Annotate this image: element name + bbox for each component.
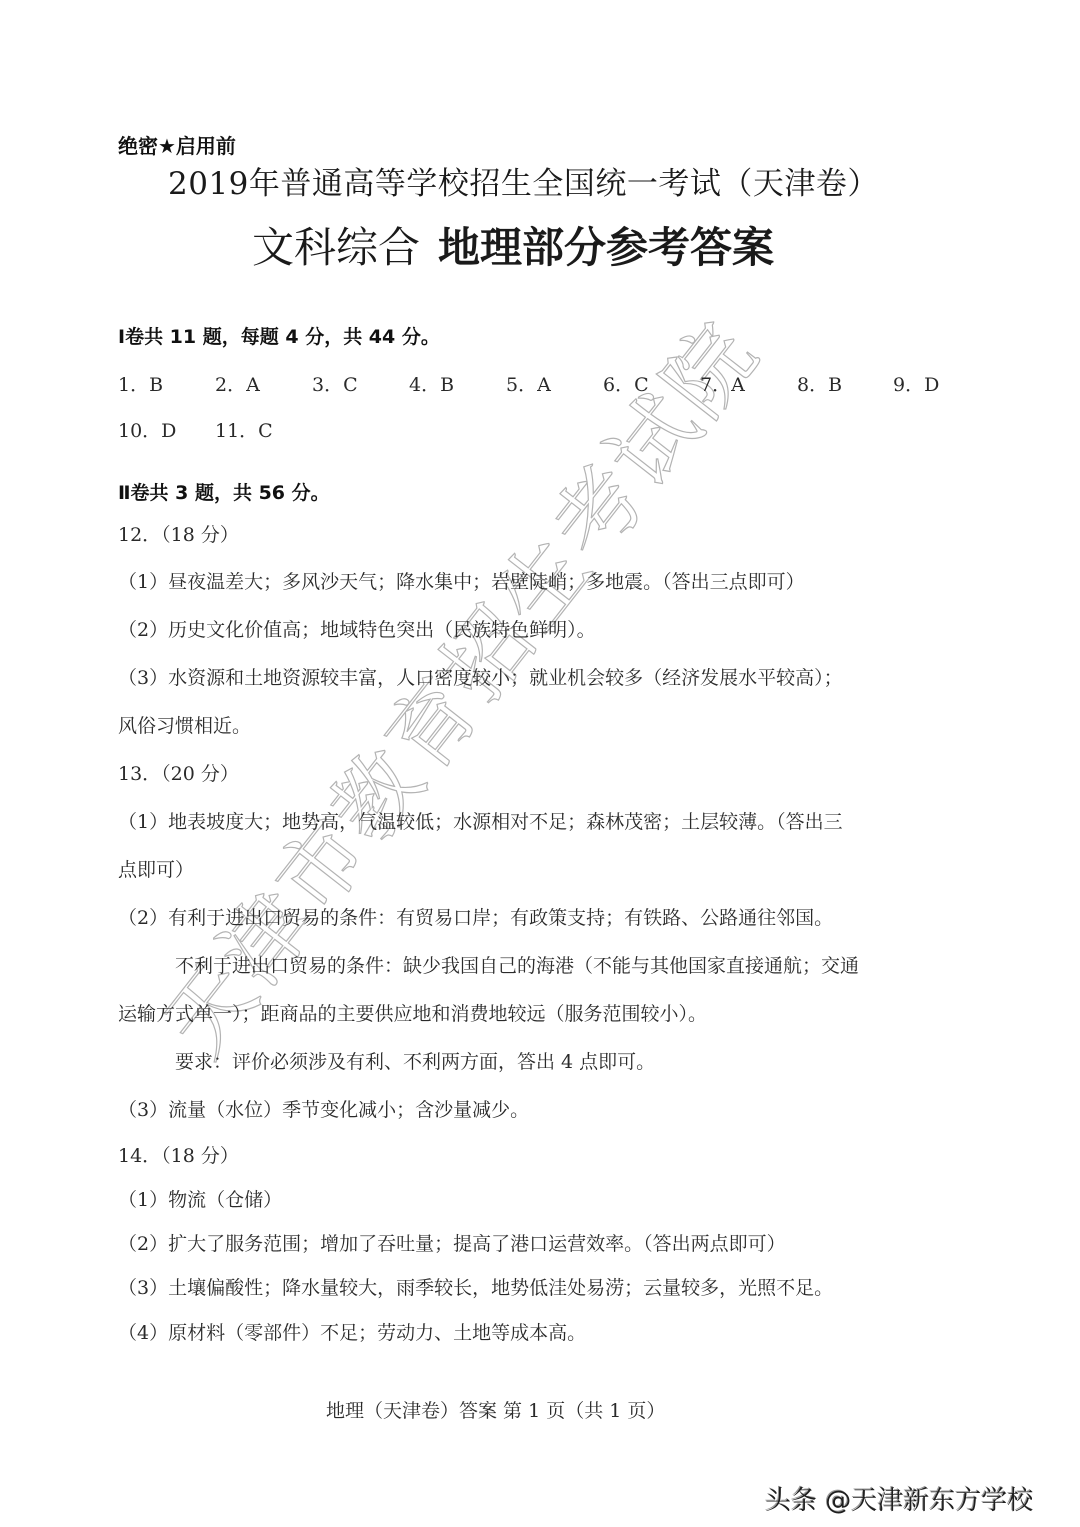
page-footer: 地理（天津卷）答案 第 1 页（共 1 页） bbox=[326, 1396, 665, 1423]
mc-answer: 10．D bbox=[118, 416, 176, 443]
subject-bold: 地理部分参考答案 bbox=[438, 223, 774, 272]
question-12-header: 12．（18 分） bbox=[118, 520, 239, 547]
part2-heading: Ⅱ卷共 3 题，共 56 分。 bbox=[118, 478, 330, 505]
mc-answer: 9．D bbox=[893, 370, 939, 397]
document-title: 文科综合地理部分参考答案 bbox=[252, 215, 774, 275]
q12-answer-3: （3）水资源和土地资源较丰富，人口密度较小；就业机会较多（经济发展水平较高）； bbox=[118, 663, 843, 690]
mc-answer: 2．A bbox=[215, 370, 260, 397]
confidential-label: 绝密★启用前 bbox=[118, 130, 236, 159]
q13-answer-1-cont: 点即可） bbox=[118, 855, 194, 882]
q12-answer-3-cont: 风俗习惯相近。 bbox=[118, 711, 251, 738]
mc-answer: 11．C bbox=[215, 416, 273, 443]
q14-answer-2: （2）扩大了服务范围；增加了吞吐量；提高了港口运营效率。（答出两点即可） bbox=[118, 1229, 786, 1256]
source-brand: 头条 @天津新东方学校 bbox=[765, 1480, 1033, 1517]
q14-answer-3: （3）土壤偏酸性；降水量较大，雨季较长，地势低洼处易涝；云量较多，光照不足。 bbox=[118, 1273, 833, 1300]
subject-plain: 文科综合 bbox=[252, 223, 420, 272]
q12-answer-1: （1）昼夜温差大；多风沙天气；降水集中；岩壁陡峭；多地震。（答出三点即可） bbox=[118, 567, 805, 594]
mc-answer: 3．C bbox=[312, 370, 358, 397]
answer-sheet-page: 天津市教育招生考试院 绝密★启用前 2019年普通高等学校招生全国统一考试（天津… bbox=[0, 0, 1080, 1527]
mc-answer: 4．B bbox=[409, 370, 454, 397]
q13-answer-2: （2）有利于进出口贸易的条件：有贸易口岸；有政策支持；有铁路、公路通往邻国。 bbox=[118, 903, 833, 930]
mc-answer: 6．C bbox=[603, 370, 649, 397]
q14-answer-4: （4）原材料（零部件）不足；劳动力、土地等成本高。 bbox=[118, 1318, 586, 1345]
q13-answer-3: （3）流量（水位）季节变化减小；含沙量减少。 bbox=[118, 1095, 529, 1122]
mc-answer: 7．A bbox=[700, 370, 745, 397]
q12-answer-2: （2）历史文化价值高；地域特色突出（民族特色鲜明）。 bbox=[118, 615, 596, 642]
mc-answer: 8．B bbox=[797, 370, 842, 397]
mc-answer: 5．A bbox=[506, 370, 551, 397]
q13-answer-2-requirement: 要求：评价必须涉及有利、不利两方面，答出 4 点即可。 bbox=[175, 1047, 655, 1074]
q13-answer-2-unfavorable-cont: 运输方式单一）；距商品的主要供应地和消费地较远（服务范围较小）。 bbox=[118, 999, 707, 1026]
q14-answer-1: （1）物流（仓储） bbox=[118, 1185, 282, 1212]
mc-answer: 1．B bbox=[118, 370, 163, 397]
q13-answer-1: （1）地表坡度大；地势高，气温较低；水源相对不足；森林茂密；土层较薄。（答出三 bbox=[118, 807, 843, 834]
question-14-header: 14．（18 分） bbox=[118, 1141, 239, 1168]
q13-answer-2-unfavorable: 不利于进出口贸易的条件：缺少我国自己的海港（不能与其他国家直接通航；交通 bbox=[175, 951, 859, 978]
part1-heading: Ⅰ卷共 11 题，每题 4 分，共 44 分。 bbox=[118, 322, 440, 349]
exam-title: 2019年普通高等学校招生全国统一考试（天津卷） bbox=[168, 158, 879, 203]
question-13-header: 13．（20 分） bbox=[118, 759, 239, 786]
